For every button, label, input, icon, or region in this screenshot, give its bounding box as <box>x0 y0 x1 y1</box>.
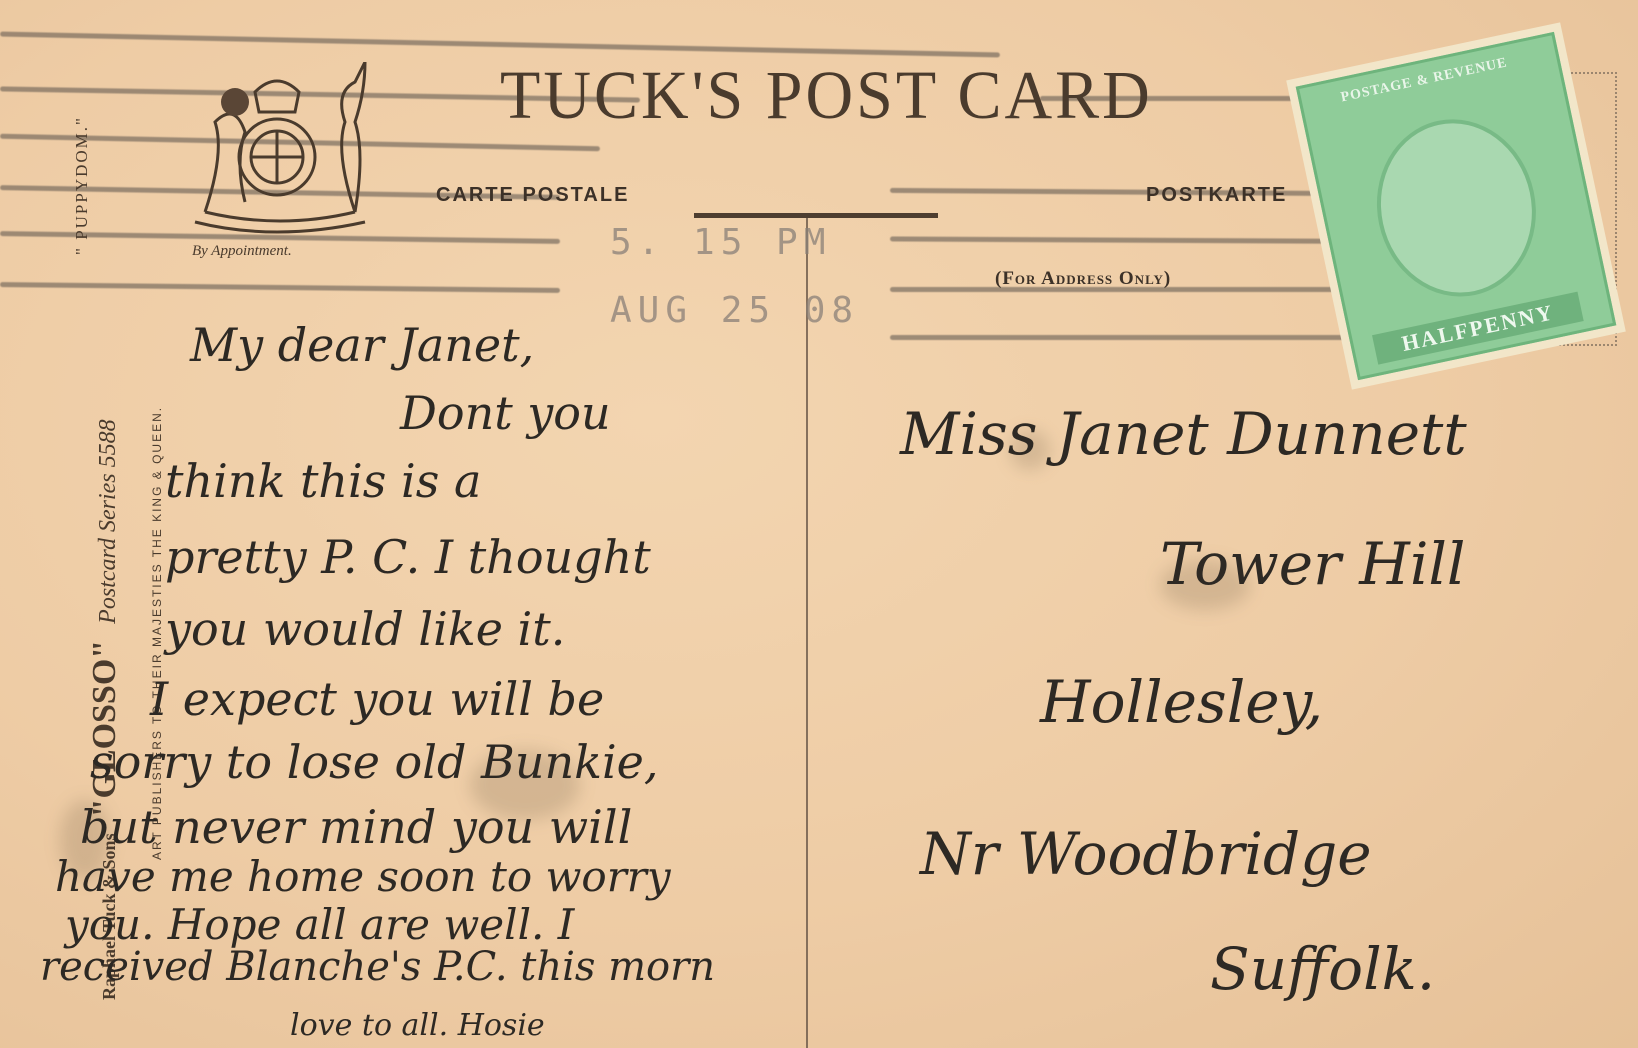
message-line: but never mind you will <box>80 800 632 854</box>
postmark-time: 5. 15 PM <box>610 222 831 263</box>
label-postkarte: POSTKARTE <box>1146 184 1287 207</box>
address-line-name: Miss Janet Dunnett <box>900 400 1467 468</box>
message-line: I expect you will be <box>150 672 604 726</box>
address-line-county: Suffolk. <box>1210 935 1435 1003</box>
message-line: received Blanche's P.C. this morn <box>40 944 715 990</box>
center-divider <box>806 218 808 1048</box>
glosso-brand: "GLOSSO" <box>86 640 123 818</box>
address-line-town: Nr Woodbridge <box>920 820 1372 888</box>
series-title: " PUPPYDOM." <box>72 116 92 255</box>
message-line: My dear Janet, <box>190 318 534 372</box>
series-number: Postcard Series 5588 <box>95 419 121 623</box>
header-divider <box>694 213 938 218</box>
stamp-top-text: POSTAGE & REVENUE <box>1307 48 1541 113</box>
royal-warrant-text: ART PUBLISHERS TO THEIR MAJESTIES THE KI… <box>150 406 164 860</box>
message-line: you. Hope all are well. I <box>65 900 574 949</box>
message-line: you would like it. <box>165 602 565 656</box>
postcard-back: By Appointment. TUCK'S POST CARD CARTE P… <box>0 0 1638 1048</box>
message-line: sorry to lose old Bunkie, <box>90 735 659 789</box>
stamp-value: HALFPENNY <box>1372 292 1584 365</box>
cancellation-line <box>0 282 560 293</box>
king-portrait-icon <box>1361 104 1553 311</box>
royal-coat-of-arms-icon <box>185 62 375 242</box>
message-line: have me home soon to worry <box>55 852 671 901</box>
address-line-street: Tower Hill <box>1160 530 1465 598</box>
message-line: think this is a <box>165 454 481 508</box>
message-line: Dont you <box>400 386 611 440</box>
card-title: TUCK'S POST CARD <box>500 56 1153 136</box>
postmark-date: AUG 25 08 <box>610 290 859 331</box>
cancellation-line <box>0 32 1000 58</box>
label-carte-postale: CARTE POSTALE <box>436 184 629 207</box>
address-only-note: (For Address Only) <box>995 268 1171 290</box>
message-line: pretty P. C. I thought <box>165 530 651 584</box>
signature-line: love to all. Hosie <box>290 1008 545 1043</box>
address-line-village: Hollesley, <box>1040 668 1323 736</box>
by-appointment-text: By Appointment. <box>192 243 292 260</box>
